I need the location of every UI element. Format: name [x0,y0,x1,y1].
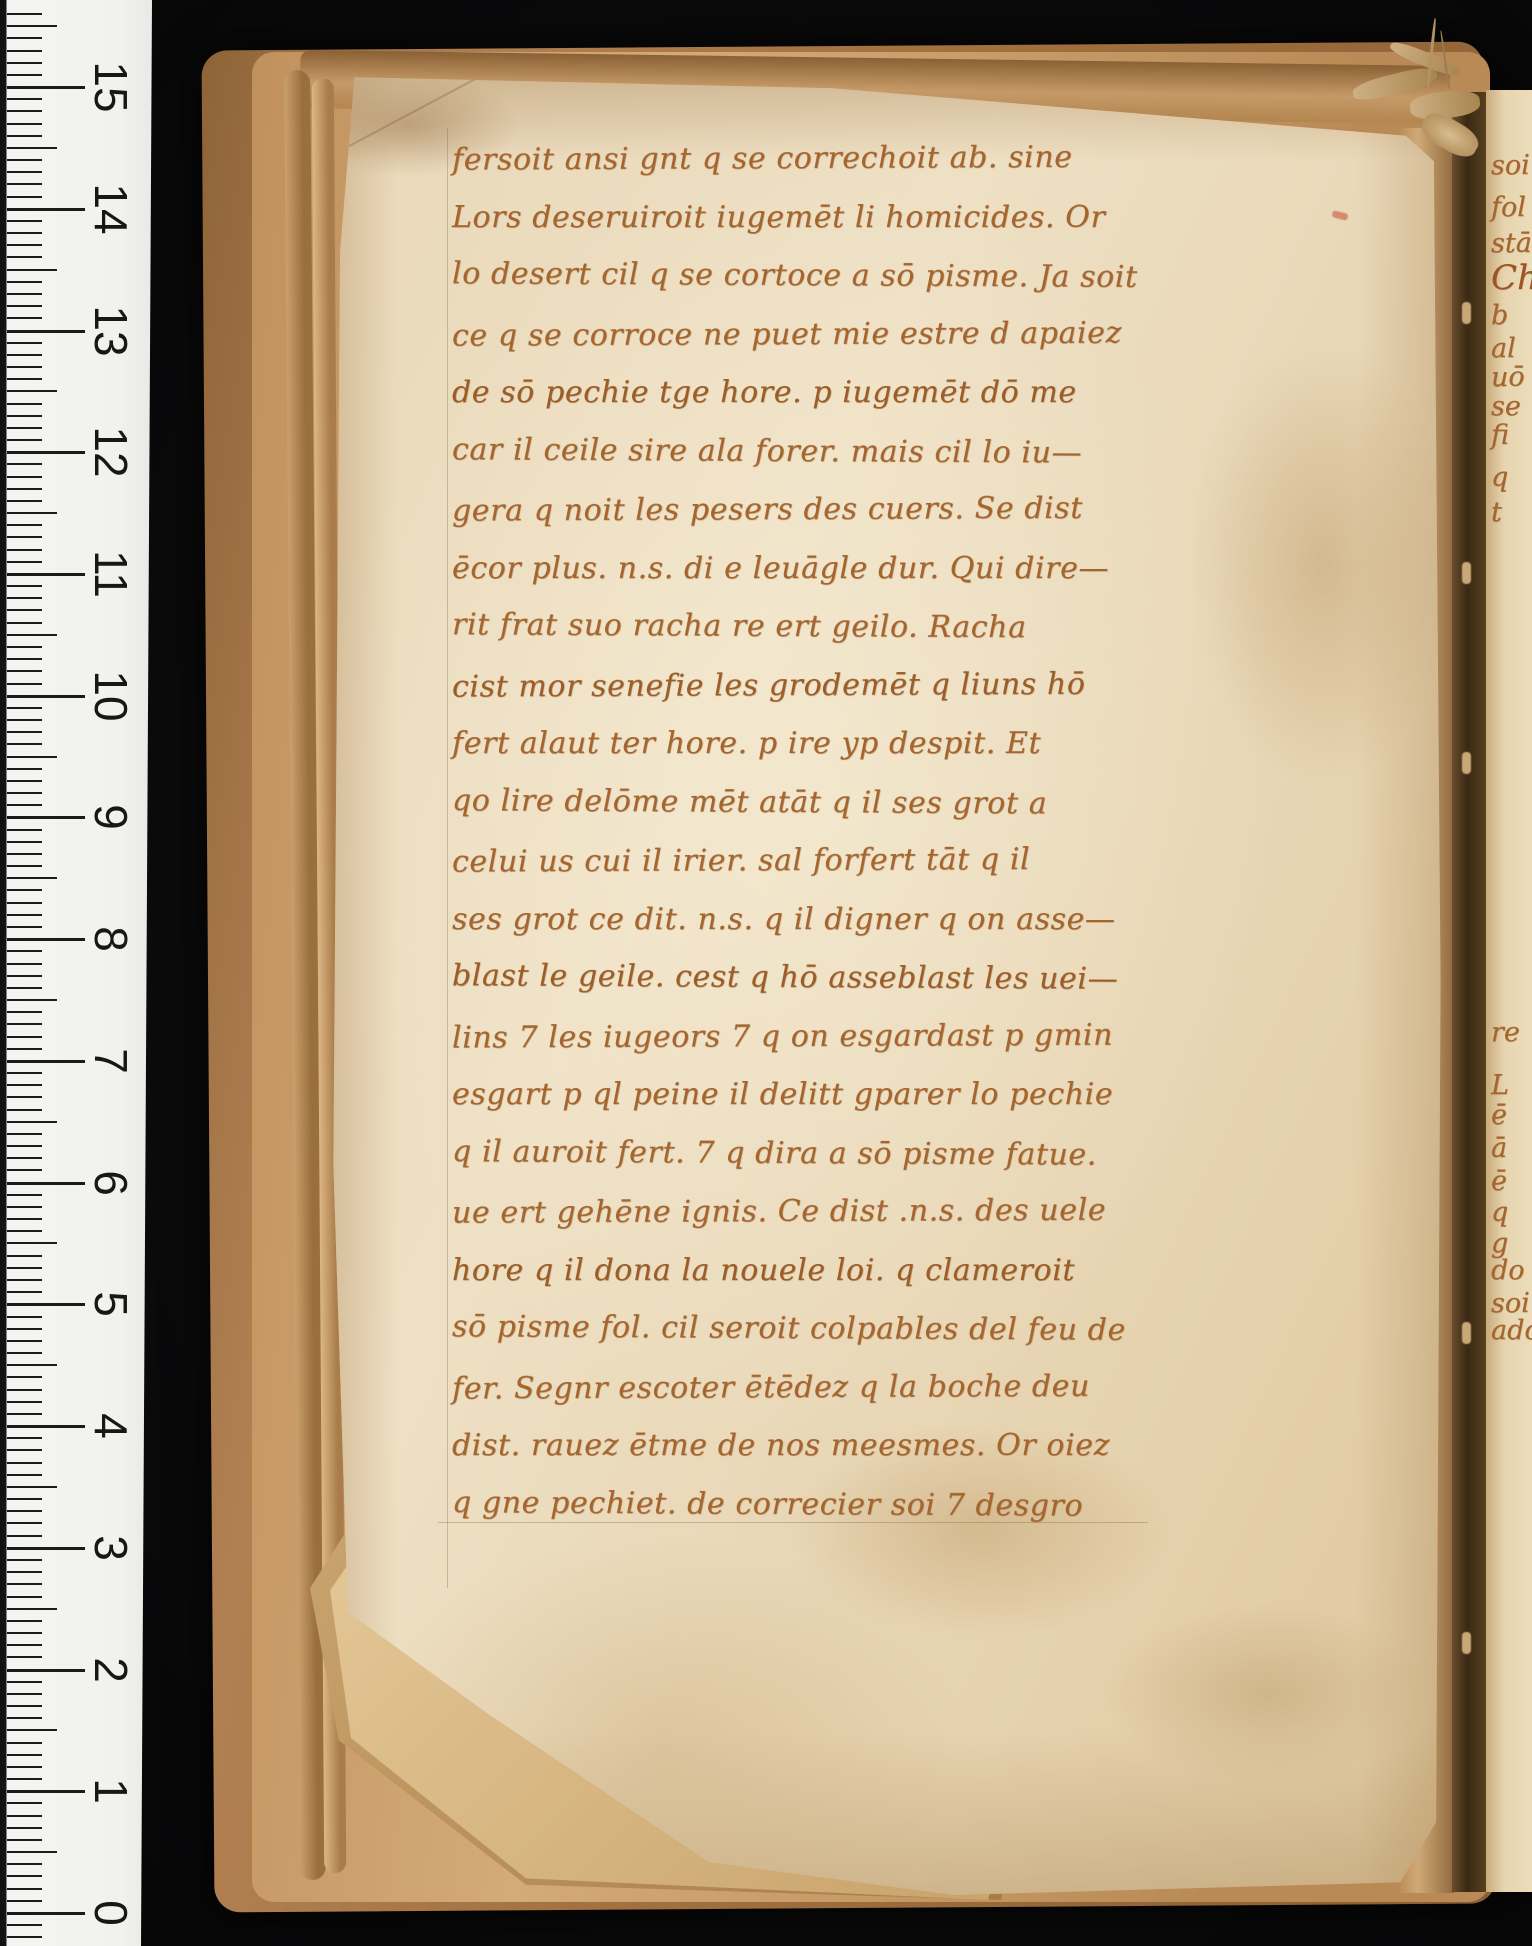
ruler-tick [7,1729,57,1731]
ruler-number: 14 [80,178,142,240]
ruler-tick [7,865,42,867]
ruler-tick [7,549,42,551]
ruler-tick [7,1206,42,1208]
ruler-tick [7,317,42,319]
ruler-tick [7,658,42,660]
manuscript-line: de sō pechie tge hore. p iugemēt dō me [452,364,1152,423]
ruler-tick [7,512,57,514]
ruler-tick [7,1255,42,1257]
ruler-tick [7,792,42,794]
ruler-tick [7,1486,57,1488]
stitch [1462,1322,1471,1344]
ruler-tick [7,950,42,952]
ruler-tick [7,1352,42,1354]
ruler-tick [7,1194,42,1196]
ruler-tick [7,1303,85,1306]
ruler-tick [7,1705,42,1707]
ruler-tick [7,147,57,149]
ruler-tick [7,476,42,478]
facing-page-fragment: re [1491,1017,1520,1048]
ruler-tick [7,1036,42,1038]
ruler-tick [7,1802,42,1804]
ruler-tick [7,50,42,52]
ruling-line-vertical [447,128,448,1588]
ruler-tick [7,1109,42,1111]
ruler-tick [7,622,42,624]
ruler-tick [7,427,42,429]
ruler-tick [7,25,57,27]
ruler-tick [7,305,42,307]
ruler-tick [7,1169,42,1171]
ruler-number: 8 [80,908,142,970]
facing-page-fragment: soi [1491,150,1530,181]
ruler-tick [7,1766,42,1768]
ruler-number: 15 [80,56,142,118]
ruler-tick [7,731,42,733]
ruler-tick [7,1754,42,1756]
binding-gutter [1452,92,1486,1892]
ruler-tick [7,585,42,587]
ruler-tick [7,829,42,831]
ruler-tick [7,244,42,246]
ruler-tick [7,1328,42,1330]
stitch [1462,562,1471,584]
facing-page-fragment: b [1491,300,1508,331]
ruler-tick [7,780,42,782]
manuscript-line: gera q noit les pesers des cuers. Se dis… [452,479,1152,541]
ruler-number: 2 [80,1639,142,1701]
ruler-tick [7,1535,42,1537]
ruler-tick [7,1242,57,1244]
ruler-number: 11 [80,543,142,605]
ruler-tick [7,171,42,173]
ruler-tick [7,451,85,454]
ruler-tick [7,1096,42,1098]
ruler-tick [7,86,85,89]
ruler-tick [7,1900,42,1902]
ruler-tick [7,135,42,137]
ruler-tick [7,1778,42,1780]
ruler-tick [7,999,57,1001]
ruler-tick [7,804,42,806]
manuscript-line: fersoit ansi gnt q se correchoit ab. sin… [452,128,1152,190]
facing-page-fragment: L [1491,1070,1509,1101]
ruler-tick [7,366,42,368]
ruler-tick [7,914,42,916]
ruler-tick [7,1267,42,1269]
manuscript-line: ēcor plus. n.s. di e leuāgle dur. Qui di… [452,540,1152,599]
ruler-number: 4 [80,1395,142,1457]
ruler-tick [7,232,42,234]
ruler-tick [7,1742,42,1744]
ruler-tick [7,1157,42,1159]
ruler-tick [7,1522,42,1524]
ruler-tick [7,597,42,599]
ruler-number: 9 [80,786,142,848]
facing-page-fragment: do [1491,1255,1525,1286]
ruler-tick [7,1608,57,1610]
ruler-number: 7 [80,1030,142,1092]
ruler-tick [7,938,85,941]
manuscript-line: ce q se corroce ne puet mie estre d apai… [452,304,1152,366]
ruler-tick [7,439,42,441]
ruler-tick [7,1510,42,1512]
ruler-tick [7,1644,42,1646]
ruler-tick [7,634,57,636]
ruler-tick [7,1389,42,1391]
ruler-tick [7,1863,42,1865]
manuscript-line: esgart p ql peine il delitt gparer lo pe… [452,1066,1152,1125]
ruler-tick [7,536,42,538]
ruler-tick [7,1875,42,1877]
ruler-tick [7,1851,57,1853]
ruler-tick [7,390,57,392]
manuscript-line: lins 7 les iugeors 7 q on esgardast p gm… [452,1006,1152,1068]
ruler-tick [7,1912,85,1915]
ruler-tick [7,561,42,563]
ruler-tick [7,1924,42,1926]
ruler-tick [7,768,42,770]
ruler-tick [7,208,85,211]
ruler-tick [7,841,42,843]
manuscript-line: car il ceile sire ala forer. mais cil lo… [452,421,1152,483]
facing-page-fragment: t [1491,497,1502,528]
ruler-tick [7,683,42,685]
ruler-tick [7,816,85,819]
book: soifolstāChbaluōsefiqtreLēāēqgdosoiado f… [0,0,1532,1946]
manuscript-line: Lors deseruiroit iugemēt li homicides. O… [452,189,1152,248]
ruler-tick [7,1474,42,1476]
ruler-tick [7,1632,42,1634]
ruler-tick [7,110,42,112]
stitch [1462,302,1471,324]
stitch [1462,752,1471,774]
ruler-tick [7,1815,42,1817]
ruler-tick [7,220,42,222]
ruler-tick [7,1936,42,1938]
manuscript-line: fert alaut ter hore. p ire yp despit. Et [452,715,1152,774]
ruler-tick [7,1437,42,1439]
ruler-number: 5 [80,1273,142,1335]
ruler-number: 12 [80,421,142,483]
facing-page-fragment: Ch [1491,258,1532,298]
stitch [1462,1632,1471,1654]
ruler-tick [7,1559,42,1561]
facing-page-fragment: q [1491,462,1508,493]
ruler-tick [7,403,42,405]
ruler-tick [7,415,42,417]
ruler-tick [7,719,42,721]
ruler-tick [7,1133,42,1135]
ruler-tick [7,62,42,64]
facing-page-fragment: al [1491,333,1516,364]
ruler-tick [7,1669,85,1672]
ruler-tick [7,1693,42,1695]
manuscript-line: qo lire delōme mēt atāt q il ses grot a [452,772,1152,834]
ruler-tick [7,159,42,161]
ruler-number: 1 [80,1760,142,1822]
ruler-tick [7,1084,42,1086]
ruler-tick [7,1316,42,1318]
ruler-tick [7,1230,42,1232]
ruler-tick [7,1218,42,1220]
facing-page-fragment: fi [1491,420,1509,451]
manuscript-line: fer. Segnr escoter ētēdez q la boche deu [452,1357,1152,1419]
ruler-tick [7,695,85,698]
ruler-tick [7,256,42,258]
ruler-tick [7,183,42,185]
facing-page-fragment: ā [1491,1133,1507,1164]
ruler-tick [7,1182,85,1185]
facing-page-fragment: fol [1491,192,1526,223]
ruler-tick [7,281,42,283]
ruler-tick [7,1449,42,1451]
ruler-tick [7,963,42,965]
ruler-tick [7,123,42,125]
ruler-tick [7,13,42,15]
ruler-tick [7,1060,85,1063]
facing-page-fragment: q [1491,1197,1508,1228]
facing-page-fragment: stā [1491,228,1532,259]
ruler-tick [7,74,42,76]
ruler-tick [7,975,42,977]
ruler-tick [7,1790,85,1793]
ruler-tick [7,269,57,271]
ruler-number: 13 [80,300,142,362]
ruler-number: 3 [80,1517,142,1579]
facing-page: soifolstāChbaluōsefiqtreLēāēqgdosoiado [1486,90,1532,1892]
ruler-tick [7,1048,42,1050]
ruler-tick [7,1583,42,1585]
manuscript-line: ue ert gehēne ignis. Ce dist .n.s. des u… [452,1181,1152,1243]
ruler-tick [7,463,42,465]
ruler-number: 6 [80,1152,142,1214]
ruler-tick [7,1596,42,1598]
ruler-tick [7,1681,42,1683]
ruler-tick [7,488,42,490]
ruler-tick [7,342,42,344]
ruler-tick [7,1121,57,1123]
ruler-tick [7,1839,42,1841]
ruler-tick [7,1011,42,1013]
ruler-tick [7,196,42,198]
main-page: fersoit ansi gnt q se correchoit ab. sin… [330,70,1445,1895]
manuscript-line: dist. rauez ētme de nos meesmes. Or oiez [452,1417,1152,1476]
facing-page-fragment: ē [1491,1166,1507,1197]
ruler-tick [7,1462,42,1464]
ruler-tick [7,378,42,380]
ruler-tick [7,1072,42,1074]
ruler-tick [7,1888,42,1890]
ruler-tick [7,987,42,989]
ruler-number: 10 [80,665,142,727]
manuscript-line: ses grot ce dit. n.s. q il digner q on a… [452,891,1152,950]
ruler-tick [7,853,42,855]
ruler-tick [7,500,42,502]
ruler-tick [7,1364,57,1366]
ruler-tick [7,1620,42,1622]
ruler-tick [7,98,42,100]
ruler-tick [7,573,85,576]
ruler-tick [7,743,42,745]
manuscript-line: hore q il dona la nouele loi. q clameroi… [452,1242,1152,1301]
ruler-tick [7,1023,42,1025]
ruler-tick [7,1401,42,1403]
manuscript-line: q il auroit fert. 7 q dira a sō pisme fa… [452,1123,1152,1185]
manuscript-line: celui us cui il irier. sal forfert tāt q… [452,830,1152,892]
ruler-tick [7,1425,85,1428]
ruler-tick [7,756,57,758]
manuscript-line: q gne pechiet. de correcier soi 7 desgro [452,1474,1152,1536]
ruler-tick [7,609,42,611]
ruler-tick [7,889,42,891]
ruler-tick [7,1656,42,1658]
ruler-tick [7,1498,42,1500]
facing-page-fragment: uō [1491,362,1525,393]
ruler-tick [7,707,42,709]
ruler-tick [7,524,42,526]
ruler-tick [7,1340,42,1342]
ruler-tick [7,1279,42,1281]
ruler-tick [7,877,57,879]
ruler-tick [7,670,42,672]
ruler-tick [7,1571,42,1573]
red-ink-mark [1331,210,1348,221]
ruler-tick [7,926,42,928]
ruler-tick [7,1717,42,1719]
ruler-tick [7,1376,42,1378]
ruler-number: 0 [80,1882,142,1944]
manuscript-photo-scene: soifolstāChbaluōsefiqtreLēāēqgdosoiado f… [0,0,1532,1946]
ruler-tick [7,646,42,648]
facing-page-fragment: ē [1491,1100,1507,1131]
manuscript-line: blast le geile. cest q hō asseblast les … [452,947,1152,1009]
manuscript-line: cist mor senefie les grodemēt q liuns hō [452,655,1152,717]
facing-page-fragment: ado [1491,1315,1532,1346]
ruler-tick [7,1547,85,1550]
text-block: fersoit ansi gnt q se correchoit ab. sin… [452,130,1152,1534]
ruler-tick [7,1145,42,1147]
ruler-tick [7,37,42,39]
manuscript-line: lo desert cil q se cortoce a sō pisme. J… [452,245,1152,307]
ruler-tick [7,902,42,904]
ruler-tick [7,1827,42,1829]
ruler-tick [7,330,85,333]
ruler-tick [7,1413,42,1415]
manuscript-line: rit frat suo racha re ert geilo. Racha [452,596,1152,658]
manuscript-line: sō pisme fol. cil seroit colpables del f… [452,1298,1152,1360]
facing-page-fragment: se [1491,391,1521,422]
ruler-tick [7,293,42,295]
ruler-tick [7,354,42,356]
ruler: 0123456789101112131415 [0,0,152,1946]
ruler-tick [7,1291,42,1293]
